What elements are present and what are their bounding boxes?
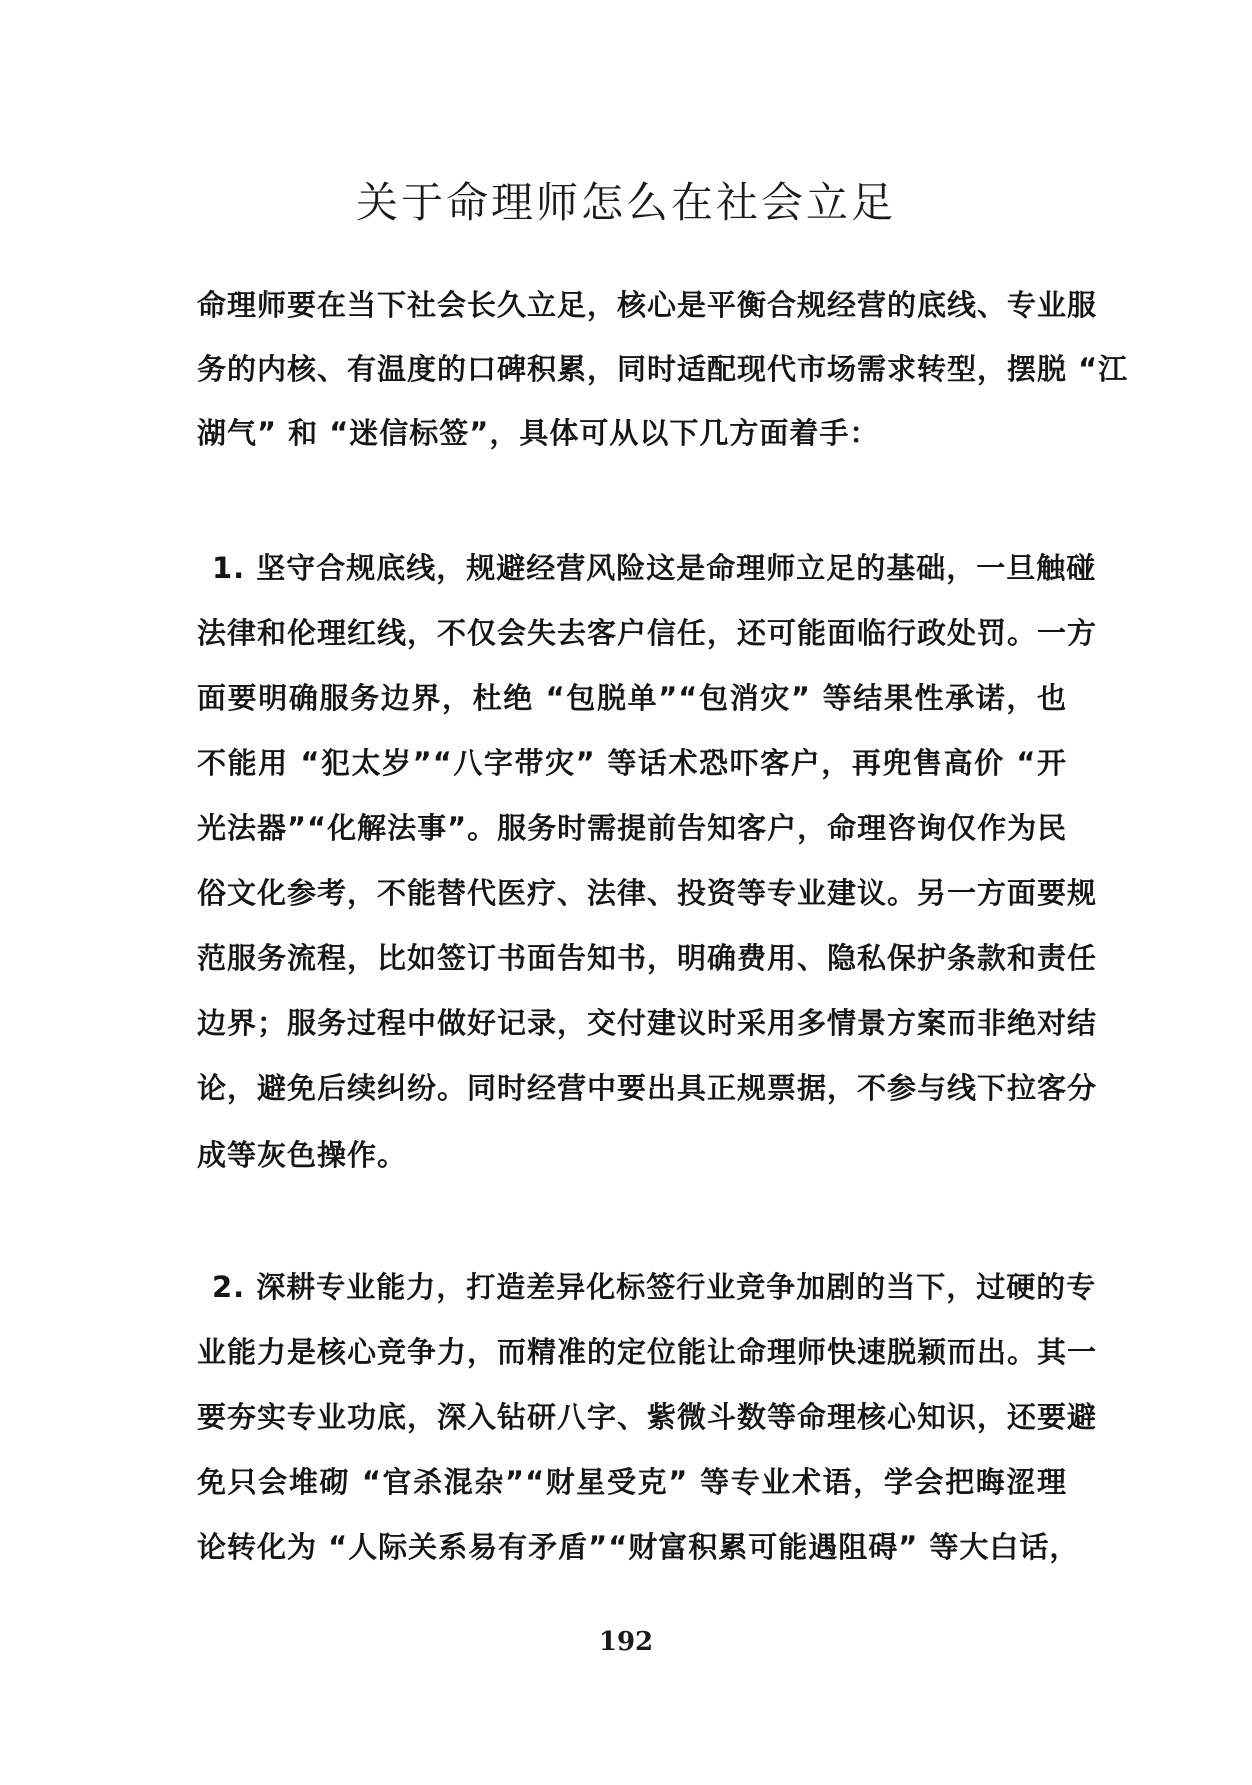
text-line: 要夯实专业功底，深入钻研八字、紫微斗数等命理核心知识，还要避	[197, 1397, 1067, 1437]
document-page: 关于命理师怎么在社会立足 命理师要在当下社会长久立足，核心是平衡合规经营的底线、…	[0, 0, 1252, 1785]
text-line: 湖气” 和 “迷信标签”，具体可从以下几方面着手：	[197, 413, 1067, 453]
text-line: 论，避免后续纠纷。同时经营中要出具正规票据，不参与线下拉客分	[197, 1068, 1067, 1108]
text-line: 法律和伦理红线，不仅会失去客户信任，还可能面临行政处罚。一方	[197, 613, 1067, 653]
text-line: 光法器”“化解法事”。服务时需提前告知客户，命理咨询仅作为民	[197, 808, 1067, 848]
text-line: 命理师要在当下社会长久立足，核心是平衡合规经营的底线、专业服	[197, 285, 1067, 325]
text-line: 务的内核、有温度的口碑积累，同时适配现代市场需求转型，摆脱 “江	[197, 349, 1067, 389]
document-title: 关于命理师怎么在社会立足	[0, 176, 1252, 230]
page-number: 192	[0, 1627, 1252, 1657]
text-line: 面要明确服务边界，杜绝 “包脱单”“包消灾” 等结果性承诺，也	[197, 678, 1067, 718]
text-line: 俗文化参考，不能替代医疗、法律、投资等专业建议。另一方面要规	[197, 873, 1067, 913]
section-heading-line: 2. 深耕专业能力，打造差异化标签行业竞争加剧的当下，过硬的专	[212, 1267, 1067, 1307]
text-line: 成等灰色操作。	[197, 1135, 1067, 1175]
text-line: 论转化为 “人际关系易有矛盾”“财富积累可能遇阻碍” 等大白话，	[197, 1527, 1067, 1567]
text-line: 免只会堆砌 “官杀混杂”“财星受克” 等专业术语，学会把晦涩理	[197, 1462, 1067, 1502]
text-line: 不能用 “犯太岁”“八字带灾” 等话术恐吓客户，再兜售高价 “开	[197, 743, 1067, 783]
text-line: 边界；服务过程中做好记录，交付建议时采用多情景方案而非绝对结	[197, 1003, 1067, 1043]
section-heading-line: 1. 坚守合规底线，规避经营风险这是命理师立足的基础，一旦触碰	[212, 548, 1067, 588]
text-line: 范服务流程，比如签订书面告知书，明确费用、隐私保护条款和责任	[197, 938, 1067, 978]
text-line: 业能力是核心竞争力，而精准的定位能让命理师快速脱颖而出。其一	[197, 1332, 1067, 1372]
